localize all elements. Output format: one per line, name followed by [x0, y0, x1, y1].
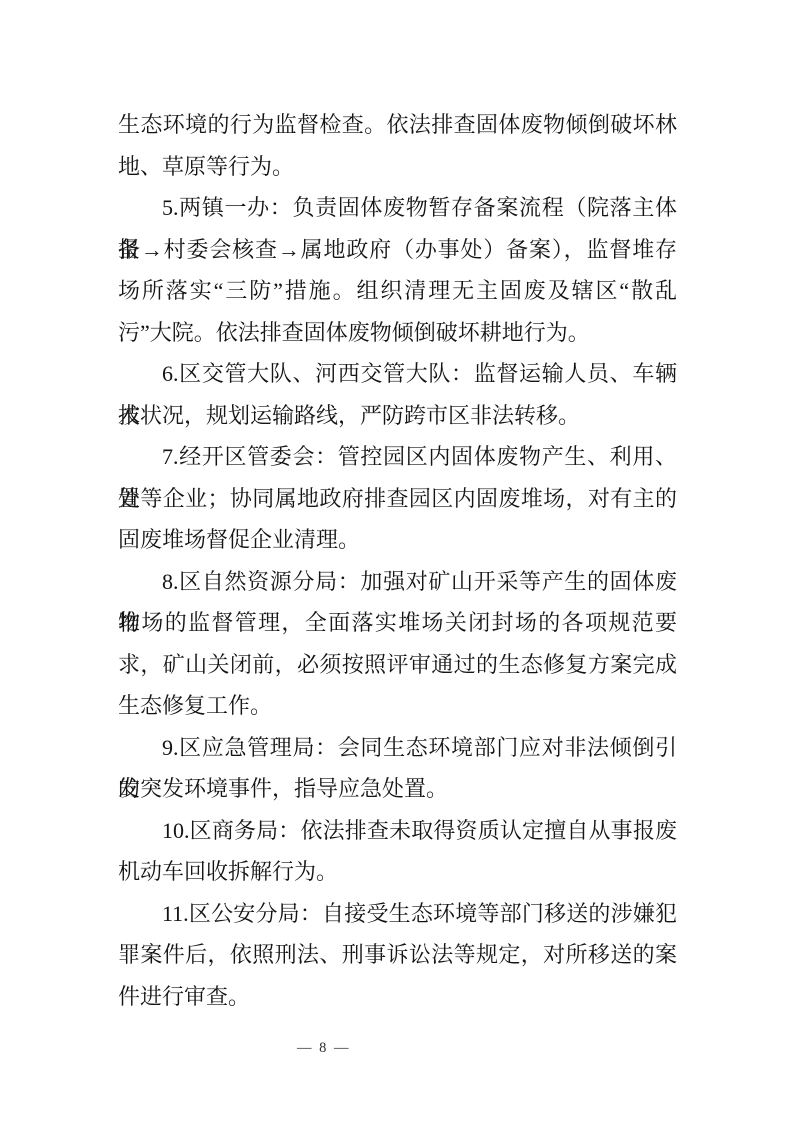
text-line: 6.区交管大队、河西交管大队：监督运输人员、车辆技 — [118, 353, 677, 395]
document-body: 生态环境的行为监督检查。依法排查固体废物倾倒破坏林地、草原等行为。5.两镇一办：… — [118, 104, 677, 1017]
text-line: 件进行审查。 — [118, 976, 677, 1018]
text-line: 固废堆场督促企业清理。 — [118, 519, 677, 561]
text-line: 5.两镇一办：负责固体废物暂存备案流程（院落主体报 — [118, 187, 677, 229]
text-line: 11.区公安分局：自接受生态环境等部门移送的涉嫌犯 — [118, 893, 677, 935]
text-line: 10.区商务局：依法排查未取得资质认定擅自从事报废 — [118, 810, 677, 852]
text-line: 生态环境的行为监督检查。依法排查固体废物倾倒破坏林 — [118, 104, 677, 146]
text-line: 的突发环境事件，指导应急处置。 — [118, 768, 677, 810]
text-line: 生态修复工作。 — [118, 685, 677, 727]
document-page: 生态环境的行为监督检查。依法排查固体废物倾倒破坏林地、草原等行为。5.两镇一办：… — [0, 0, 793, 1122]
text-line: 术状况，规划运输路线，严防跨市区非法转移。 — [118, 395, 677, 437]
text-line: 7.经开区管委会：管控园区内固体废物产生、利用、处 — [118, 436, 677, 478]
text-line: 罪案件后，依照刑法、刑事诉讼法等规定，对所移送的案 — [118, 934, 677, 976]
text-line: 9.区应急管理局：会同生态环境部门应对非法倾倒引发 — [118, 727, 677, 769]
text-line: 机动车回收拆解行为。 — [118, 851, 677, 893]
page-number: — 8 — — [297, 1040, 351, 1057]
text-line: 备→村委会核查→属地政府（办事处）备案），监督堆存 — [118, 229, 677, 271]
text-line: 地、草原等行为。 — [118, 146, 677, 188]
text-line: 堆场的监督管理，全面落实堆场关闭封场的各项规范要 — [118, 602, 677, 644]
text-line: 污”大院。依法排查固体废物倾倒破坏耕地行为。 — [118, 312, 677, 354]
text-line: 置等企业；协同属地政府排查园区内固废堆场，对有主的 — [118, 478, 677, 520]
text-line: 求，矿山关闭前，必须按照评审通过的生态修复方案完成 — [118, 644, 677, 686]
text-line: 场所落实“三防”措施。组织清理无主固废及辖区“散乱 — [118, 270, 677, 312]
text-line: 8.区自然资源分局：加强对矿山开采等产生的固体废物 — [118, 561, 677, 603]
